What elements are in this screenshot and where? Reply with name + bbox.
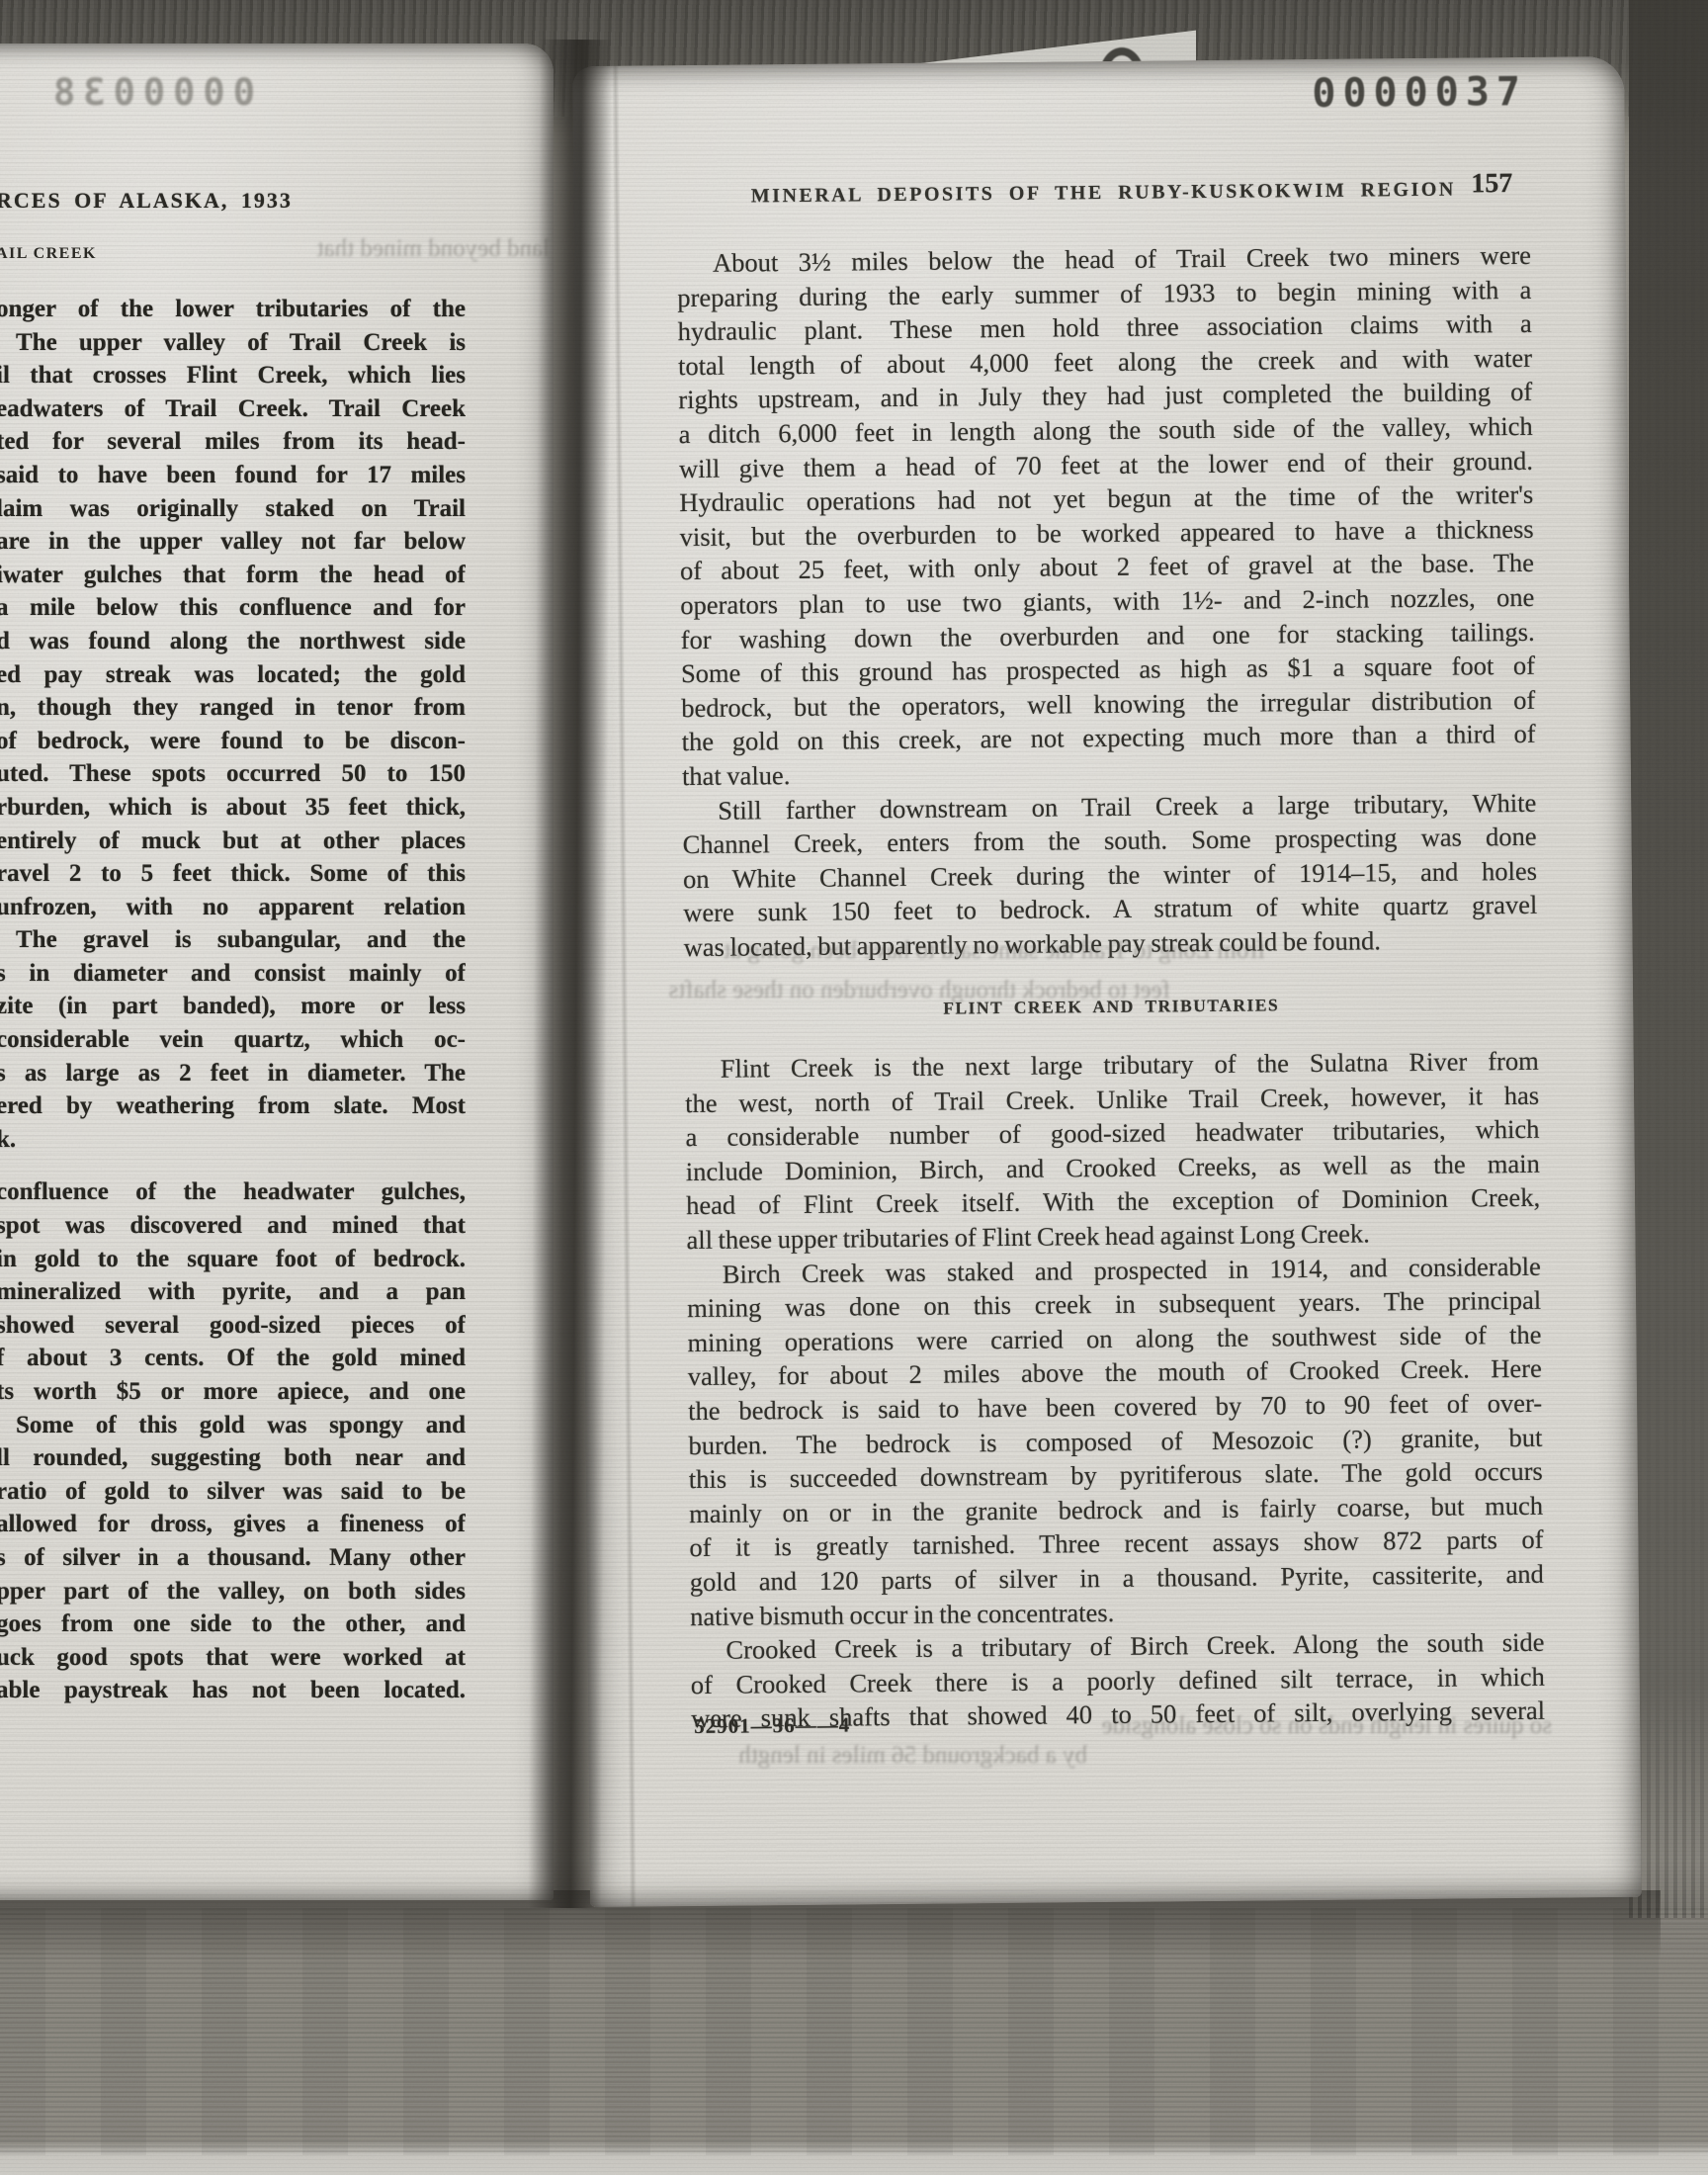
text-line: onger of the lower tributaries of the bbox=[0, 293, 466, 326]
text-line: ravel 2 to 5 feet thick. Some of this bbox=[0, 857, 466, 891]
text-line: said to have been found for 17 miles bbox=[0, 459, 466, 492]
text-line: ted for several miles from its head- bbox=[0, 425, 466, 459]
text-line: The gravel is subangular, and the bbox=[0, 923, 466, 957]
bleedthrough-text: so quires in length ends on so close alo… bbox=[870, 1712, 1552, 1740]
text-line: considerable vein quartz, which oc- bbox=[0, 1023, 466, 1057]
text-line: The upper valley of Trail Creek is bbox=[0, 326, 466, 360]
text-line: ered by weathering from slate. Most bbox=[0, 1089, 466, 1123]
text-line: eadwaters of Trail Creek. Trail Creek bbox=[0, 392, 466, 426]
bleedthrough-text: from Long to Trail the same said to have… bbox=[633, 937, 1265, 965]
text-line: d was found along the northwest side bbox=[0, 625, 466, 658]
text-line: s in diameter and consist mainly of bbox=[0, 957, 466, 991]
text-line: ll rounded, suggesting both near and bbox=[0, 1441, 466, 1475]
text-line: zite (in part banded), more or less bbox=[0, 990, 466, 1023]
scanner-right-border bbox=[1629, 0, 1708, 1918]
text-line: laim was originally staked on Trail bbox=[0, 492, 466, 526]
text-line: ratio of gold to silver was said to be bbox=[0, 1475, 466, 1509]
text-line: iwater gulches that form the head of bbox=[0, 559, 466, 592]
left-page: RCES OF ALASKA, 1933 AIL CREEK onger of … bbox=[0, 43, 554, 1900]
text-line: showed several good-sized pieces of bbox=[0, 1309, 466, 1343]
text-line: mineralized with pyrite, and a pan bbox=[0, 1275, 466, 1309]
text-line: s as large as 2 feet in diameter. The bbox=[0, 1057, 466, 1090]
text-line: unfrozen, with no apparent relation bbox=[0, 891, 466, 924]
bleedthrough-text: by a background 56 miles in length bbox=[623, 1742, 1087, 1770]
text-line: uck good spots that were worked at bbox=[0, 1641, 466, 1675]
scanned-book-page: RCES OF ALASKA, 1933 AIL CREEK onger of … bbox=[0, 0, 1708, 2175]
archive-stamp: 0000037 bbox=[1312, 69, 1527, 117]
print-signature-footer: 52901—36——4 bbox=[694, 1713, 850, 1740]
bleedthrough-stamp: 0000038 bbox=[45, 71, 255, 114]
text-line: are in the upper valley not far below bbox=[0, 525, 466, 559]
text-line: confluence of the headwater gulches, bbox=[0, 1175, 466, 1209]
text-line: spot was discovered and mined that bbox=[0, 1209, 466, 1243]
text-line: f about 3 cents. Of the gold mined bbox=[0, 1342, 466, 1375]
text-line: in gold to the square foot of bedrock. bbox=[0, 1243, 466, 1276]
paragraph-group-bottom: Flint Creek is the next large tributary … bbox=[685, 1044, 1546, 1736]
text-line: goes from one side to the other, and bbox=[0, 1608, 466, 1641]
page-number: 157 bbox=[1471, 168, 1540, 201]
text-line: a mile below this confluence and for bbox=[0, 591, 466, 625]
text-line: il that crosses Flint Creek, which lies bbox=[0, 359, 466, 392]
text-line: ed pay streak was located; the gold bbox=[0, 658, 466, 692]
paragraph: About 3½ miles below the head of Trail C… bbox=[677, 238, 1536, 794]
text-line: pper part of the valley, on both sides bbox=[0, 1575, 466, 1609]
text-line: entirely of muck but at other places bbox=[0, 825, 466, 858]
text-line: allowed for dross, gives a fineness of bbox=[0, 1508, 466, 1541]
text-line: able paystreak has not been located. bbox=[0, 1674, 466, 1707]
right-page-running-header: MINERAL DEPOSITS OF THE RUBY-KUSKOKWIM R… bbox=[676, 178, 1530, 209]
left-page-section-heading: AIL CREEK bbox=[0, 245, 97, 263]
left-page-running-header: RCES OF ALASKA, 1933 bbox=[0, 188, 293, 214]
paragraph: Flint Creek is the next large tributary … bbox=[685, 1044, 1541, 1258]
paragraph: Birch Creek was staked and prospected in… bbox=[687, 1249, 1545, 1633]
text-line: n, though they ranged in tenor from bbox=[0, 691, 466, 725]
bleedthrough-text: land beyond mined that bbox=[297, 235, 550, 263]
paragraph-group-top: About 3½ miles below the head of Trail C… bbox=[677, 238, 1538, 965]
text-line: s of silver in a thousand. Many other bbox=[0, 1541, 466, 1575]
text-line: ts worth $5 or more apiece, and one bbox=[0, 1375, 466, 1409]
text-line: Some of this gold was spongy and bbox=[0, 1409, 466, 1442]
text-line: uted. These spots occurred 50 to 150 bbox=[0, 757, 466, 791]
bleedthrough-text: feet to bedrock through overburden on th… bbox=[607, 977, 1170, 1004]
left-page-body-text: onger of the lower tributaries of theThe… bbox=[0, 293, 466, 1707]
text-line: of bedrock, were found to be discon- bbox=[0, 725, 466, 758]
text-line: rburden, which is about 35 feet thick, bbox=[0, 791, 466, 825]
text-line: k. bbox=[0, 1123, 466, 1157]
